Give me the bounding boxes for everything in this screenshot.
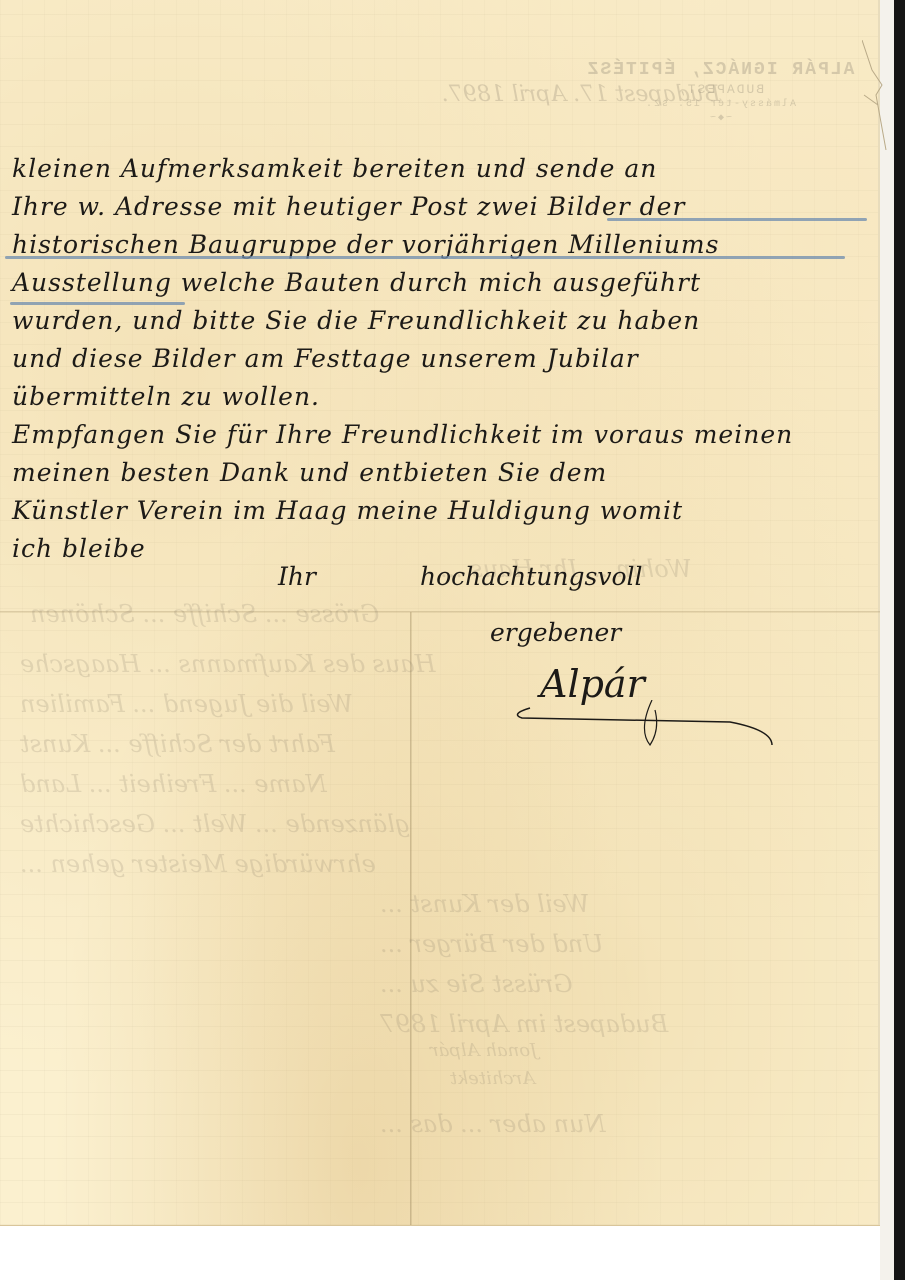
- closing-word-ergebener: ergebener: [490, 618, 621, 647]
- ghost-line: Nun aber ... das ...: [380, 1110, 606, 1138]
- ghost-line: Architekt: [450, 1068, 535, 1089]
- letterhead-name: ALPÁR IGNÁCZ, ÉPITÉSZ: [560, 60, 880, 80]
- letter-line-6: und diese Bilder am Festtage unserem Jub…: [12, 340, 872, 378]
- letter-body: kleinen Aufmerksamkeit bereiten und send…: [12, 150, 872, 568]
- ghost-line: Budapest im April 1897: [380, 1010, 668, 1038]
- closing-word-hochachtungsvoll: hochachtungsvoll: [420, 562, 643, 591]
- scanner-black-border: [894, 0, 905, 1280]
- ghost-line: Und der Bürger ...: [380, 930, 603, 958]
- letter-line-8: Empfangen Sie für Ihre Freundlichkeit im…: [12, 416, 872, 454]
- ghost-line: Jonah Alpár: [430, 1040, 537, 1061]
- blue-underline: [607, 218, 867, 221]
- blue-underline: [5, 256, 845, 259]
- closing-word-ihr: Ihr: [278, 562, 316, 591]
- ghost-line: Grösse ... Schiffe ... Schönen: [30, 600, 379, 628]
- letterhead-ornament: ~◆~: [560, 112, 880, 124]
- ghost-line: Fahrt der Schiffe ... Kunst: [20, 730, 335, 758]
- letter-line-9: meinen besten Dank und entbieten Sie dem: [12, 454, 872, 492]
- ghost-line: Grüsst Sie zu ...: [380, 970, 573, 998]
- ghost-line: Haus des Kaufmanns ... Haagsche: [20, 650, 436, 678]
- ghost-line: Weil die Jugend ... Familien: [20, 690, 353, 718]
- letter-line-4: Ausstellung welche Bauten durch mich aus…: [12, 264, 872, 302]
- letter-line-10: Künstler Verein im Haag meine Huldigung …: [12, 492, 872, 530]
- letter-line-5: wurden, und bitte Sie die Freundlichkeit…: [12, 302, 872, 340]
- ghost-line: ehrwürdige Meister gehen ...: [20, 850, 376, 878]
- ghost-line: Weil der Kunst ...: [380, 890, 589, 918]
- ghost-line: Name ... Freiheit ... Land: [20, 770, 327, 798]
- mirrored-date: Budapest 17. April 1897.: [300, 82, 720, 107]
- letter-line-7: übermitteln zu wollen.: [12, 378, 872, 416]
- ghost-line: glänzende ... Welt ... Geschichte: [20, 810, 410, 838]
- letter-line-1: kleinen Aufmerksamkeit bereiten und send…: [12, 150, 872, 188]
- signature-flourish-icon: [510, 700, 780, 750]
- blue-underline: [10, 302, 185, 305]
- scanner-margin: [880, 0, 894, 1280]
